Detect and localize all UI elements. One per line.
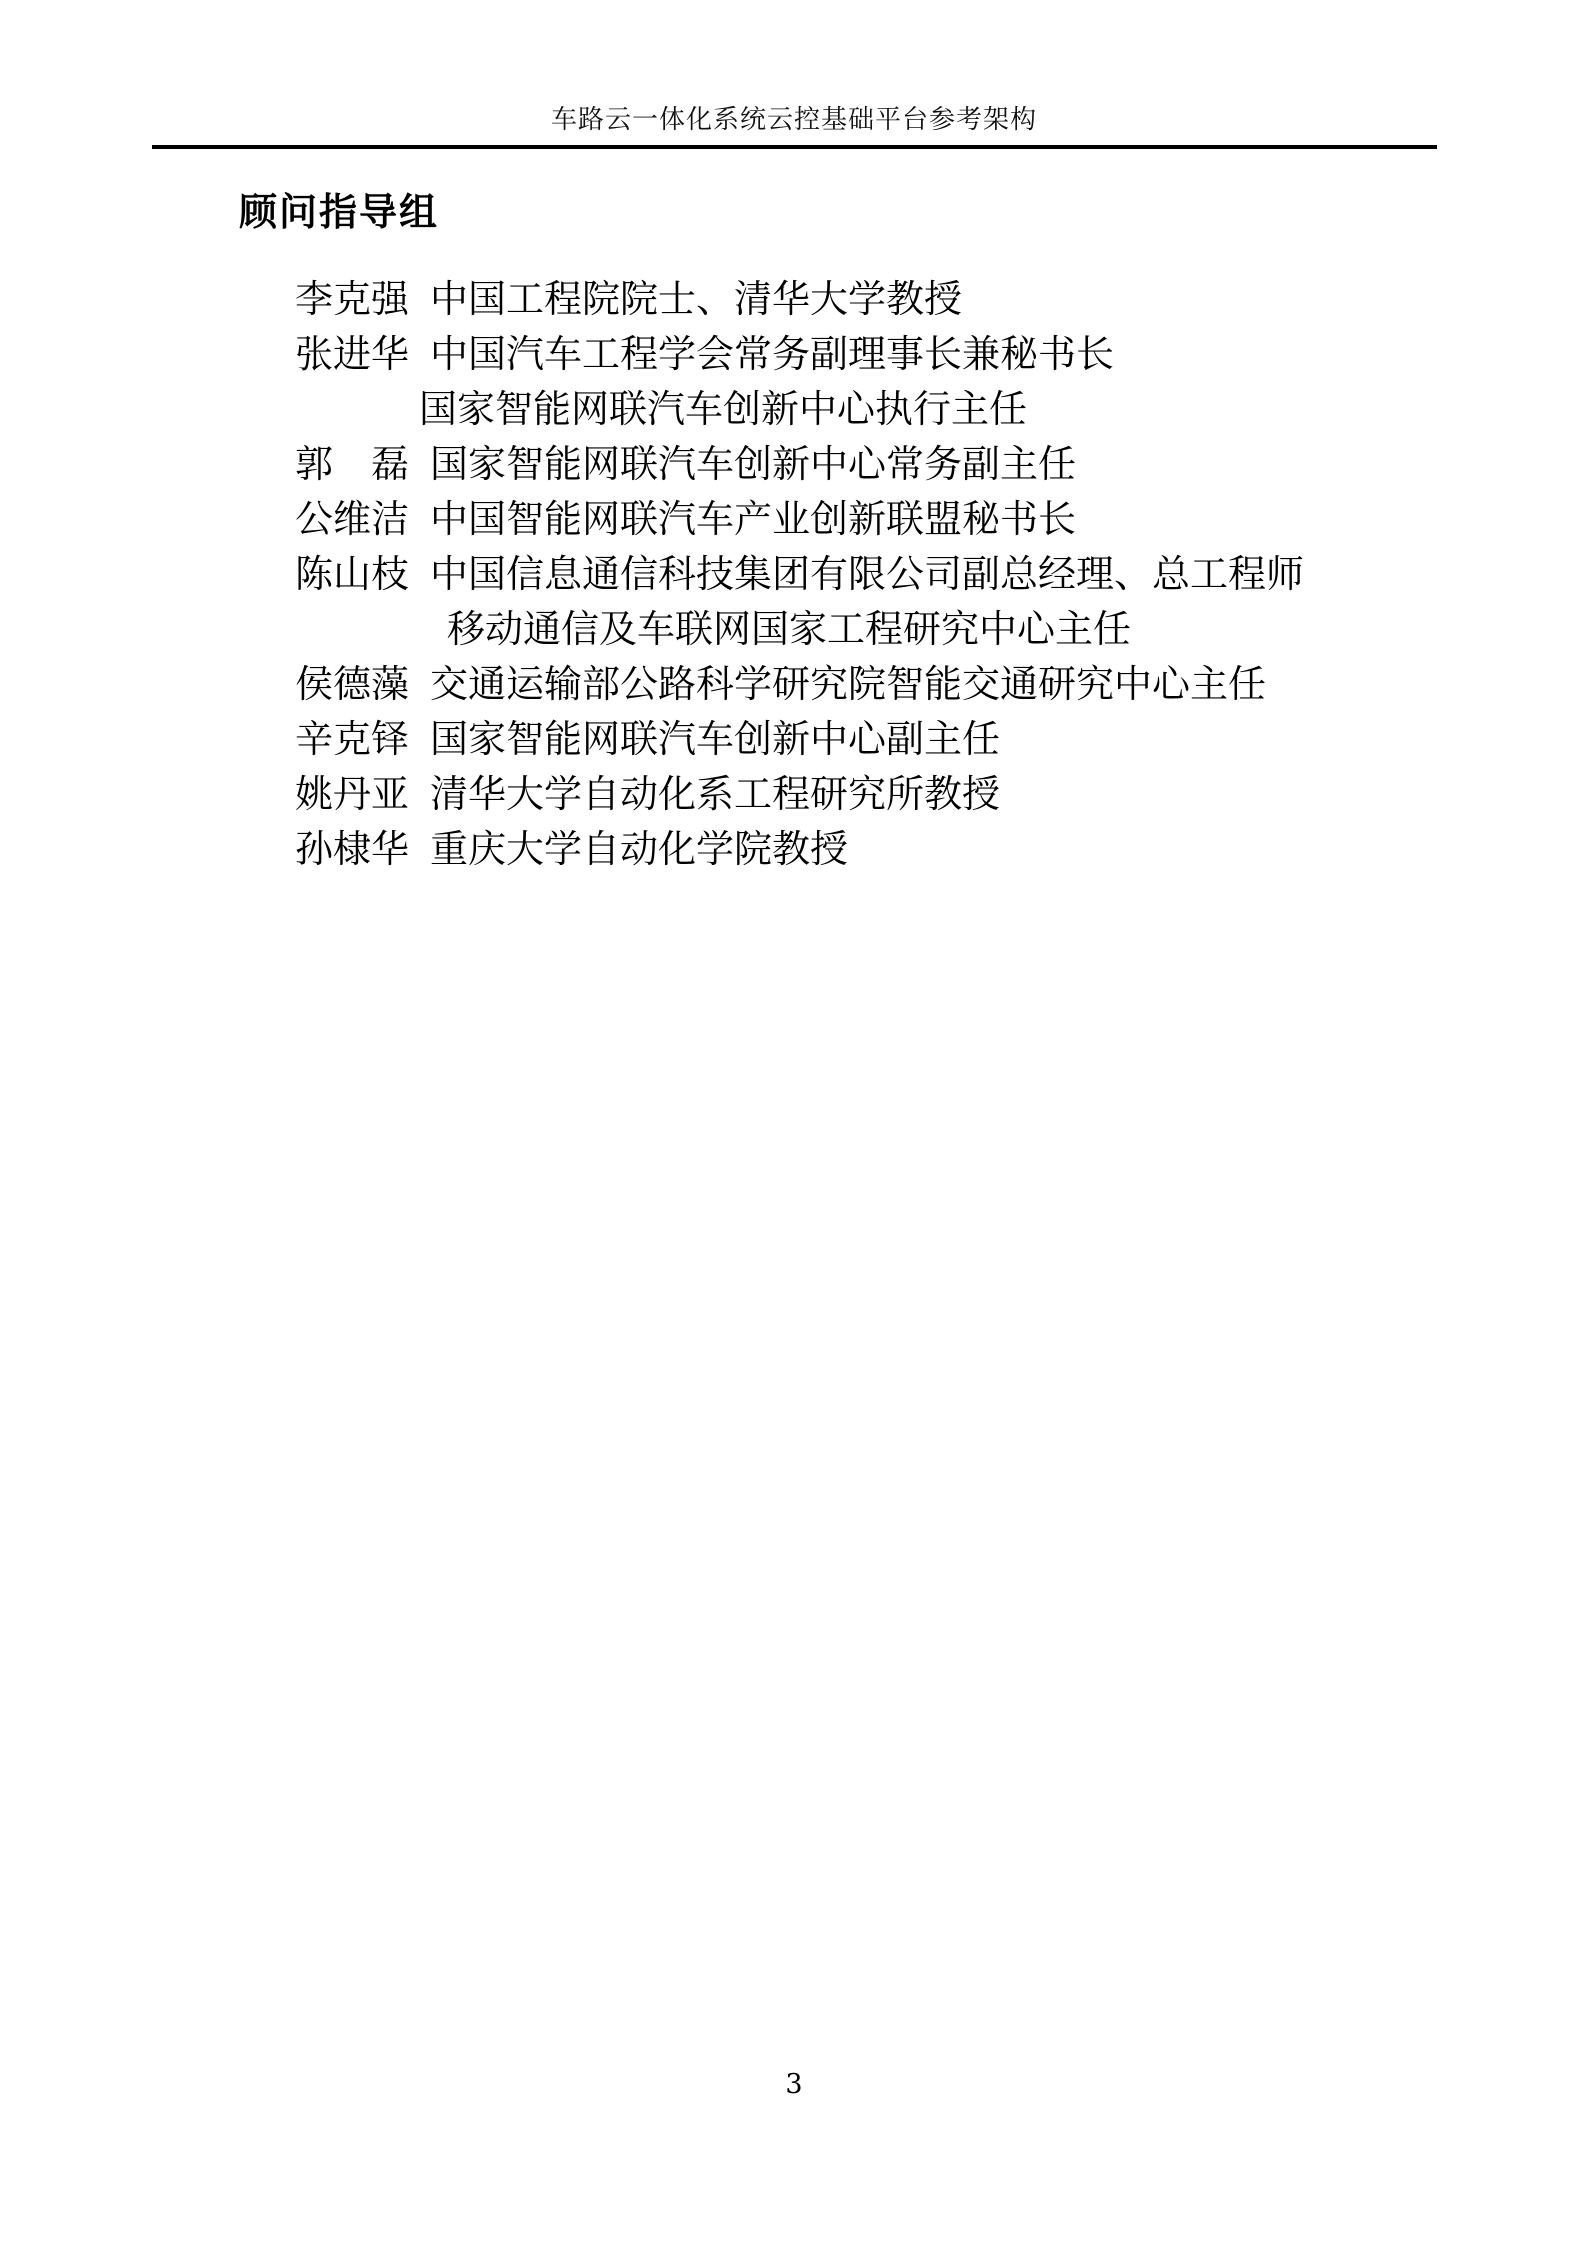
advisor-row: 张进华 中国汽车工程学会常务副理事长兼秘书长 (295, 327, 1445, 382)
document-page: 车路云一体化系统云控基础平台参考架构 顾问指导组 李克强 中国工程院院士、清华大… (0, 0, 1588, 2245)
header-rule-divider (152, 145, 1437, 149)
section-title: 顾问指导组 (239, 191, 439, 233)
advisor-title: 中国汽车工程学会常务副理事长兼秘书长 (430, 327, 1114, 382)
advisor-name: 郭 磊 (295, 437, 409, 492)
advisor-title: 国家智能网联汽车创新中心副主任 (430, 712, 1000, 767)
advisor-name: 姚丹亚 (295, 767, 409, 822)
advisor-title: 中国智能网联汽车产业创新联盟秘书长 (430, 492, 1076, 547)
page-number: 3 (0, 2068, 1588, 2102)
advisor-name: 李克强 (295, 272, 409, 327)
advisor-row: 姚丹亚 清华大学自动化系工程研究所教授 (295, 767, 1445, 822)
running-header-title: 车路云一体化系统云控基础平台参考架构 (0, 104, 1588, 136)
advisor-title: 国家智能网联汽车创新中心常务副主任 (430, 437, 1076, 492)
advisor-row: 孙棣华 重庆大学自动化学院教授 (295, 822, 1445, 877)
advisor-list: 李克强 中国工程院院士、清华大学教授 张进华 中国汽车工程学会常务副理事长兼秘书… (295, 272, 1445, 877)
advisor-row: 李克强 中国工程院院士、清华大学教授 (295, 272, 1445, 327)
advisor-row-continuation: 移动通信及车联网国家工程研究中心主任 (295, 602, 1445, 657)
advisor-title: 清华大学自动化系工程研究所教授 (430, 767, 1000, 822)
advisor-name: 侯德藻 (295, 657, 409, 712)
advisor-title: 国家智能网联汽车创新中心执行主任 (419, 382, 1027, 437)
advisor-row: 辛克铎 国家智能网联汽车创新中心副主任 (295, 712, 1445, 767)
advisor-name: 公维洁 (295, 492, 409, 547)
advisor-row: 侯德藻 交通运输部公路科学研究院智能交通研究中心主任 (295, 657, 1445, 712)
advisor-row-continuation: 国家智能网联汽车创新中心执行主任 (295, 382, 1445, 437)
advisor-name: 辛克铎 (295, 712, 409, 767)
advisor-row: 陈山枝 中国信息通信科技集团有限公司副总经理、总工程师 (295, 547, 1445, 602)
advisor-row: 郭 磊 国家智能网联汽车创新中心常务副主任 (295, 437, 1445, 492)
advisor-title: 中国工程院院士、清华大学教授 (430, 272, 962, 327)
advisor-name: 孙棣华 (295, 822, 409, 877)
advisor-title: 中国信息通信科技集团有限公司副总经理、总工程师 (430, 547, 1304, 602)
advisor-name: 张进华 (295, 327, 409, 382)
advisor-title: 交通运输部公路科学研究院智能交通研究中心主任 (430, 657, 1266, 712)
advisor-name: 陈山枝 (295, 547, 409, 602)
advisor-title: 移动通信及车联网国家工程研究中心主任 (447, 602, 1131, 657)
advisor-title: 重庆大学自动化学院教授 (430, 822, 848, 877)
advisor-row: 公维洁 中国智能网联汽车产业创新联盟秘书长 (295, 492, 1445, 547)
